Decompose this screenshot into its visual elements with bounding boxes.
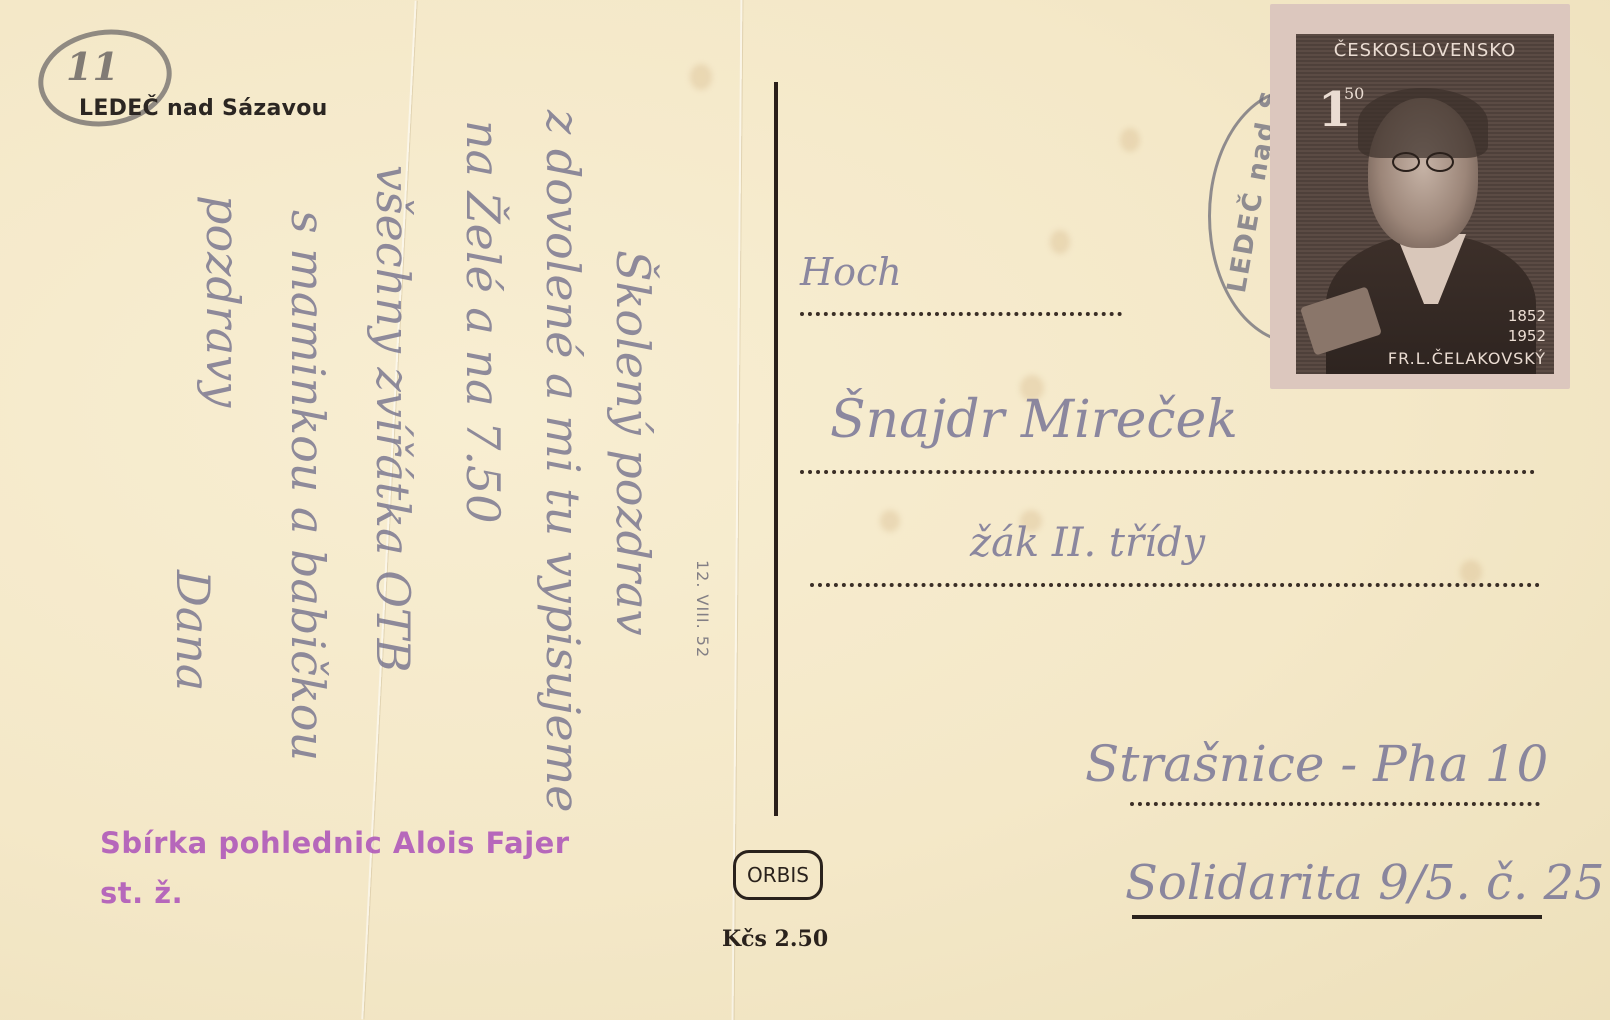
message-line: z dovolené a mi tu vypisujeme [536,110,590,813]
stain [1050,230,1070,254]
address-line-1 [800,312,1122,316]
message-line: Školený pozdrav [606,250,660,635]
portrait-hair [1358,88,1488,158]
address-salutation: Hoch [800,250,902,294]
address-name: Šnajdr Mireček [830,390,1238,450]
address-street: Solidarita 9/5. č. 25 [1125,855,1605,911]
stain [1460,560,1482,584]
message-line: s maminkou a babičkou [281,210,335,761]
address-city: Strašnice - Pha 10 [1085,735,1548,793]
message-line: pozdravy [196,195,250,407]
stamp-years: 1852 1952 [1508,306,1546,346]
collection-stamp: Sbírka pohlednic Alois Fajer st. ž. [100,818,570,918]
message-line: všechny zvířátka OTB [366,165,420,672]
address-note: žák II. třídy [970,520,1205,566]
publisher-name: ORBIS [747,863,809,887]
message-signature: Dana [166,570,220,691]
price: Kčs 2.50 [722,926,828,952]
stamp-subject: FR.L.ČELAKOVSKÝ [1388,349,1546,368]
address-line-5 [1132,915,1542,919]
glasses-icon [1388,152,1458,172]
publisher-logo: ORBIS [733,850,823,900]
address-line-2 [800,470,1535,474]
postage-stamp-design: ČESKOSLOVENSKO 1 50 1852 1952 FR.L.ČELAK… [1296,34,1554,374]
address-line-3 [810,583,1540,587]
message-line: na Želé a na 7.50 [456,120,510,524]
archive-number: 11 [66,44,119,89]
stamp-year-start: 1852 [1508,306,1546,326]
address-line-4 [1130,802,1540,806]
stamp-year-end: 1952 [1508,326,1546,346]
stamp-country: ČESKOSLOVENSKO [1296,40,1554,61]
postcard: 11 LEDEČ nad Sázavou Školený pozdrav z d… [0,0,1610,1020]
date-note: 12. VIII. 52 [693,560,712,658]
collection-stamp-line2: st. ž. [100,868,570,918]
place-title: LEDEČ nad Sázavou [79,96,328,121]
stain [1120,128,1140,152]
stain [690,64,712,90]
collection-stamp-line1: Sbírka pohlednic Alois Fajer [100,818,570,868]
center-divider [774,82,778,816]
stamp-value-fraction: 50 [1344,84,1364,103]
stain [880,510,900,532]
